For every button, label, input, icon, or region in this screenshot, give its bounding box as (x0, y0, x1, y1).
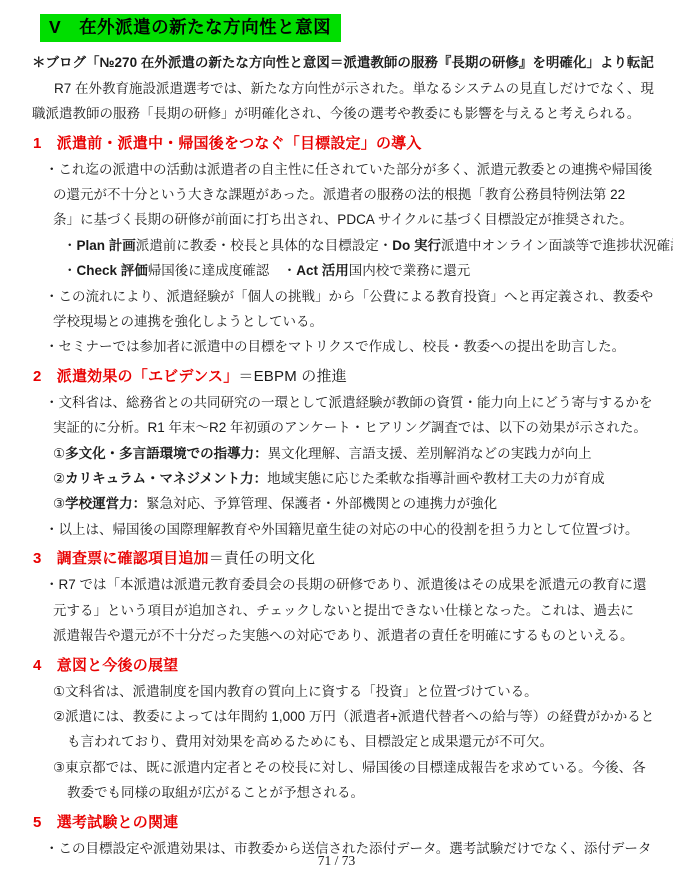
text-run: カリキュラム・マネジメント力： (65, 471, 267, 486)
text-run: ・R7 では「本派遣は派遣元教育委員会の長期の研修であり、派遣後はその成果を派遣… (45, 577, 647, 592)
numbered-item-line: ②派遣には、教委によっては年間約 1,000 万円（派遣者+派遣代替者への給与等… (0, 704, 673, 729)
text-run: ② (53, 471, 65, 486)
numbered-item-line: ③東京都では、既に派遣内定者とその校長に対し、帰国後の目標達成報告を求めている。… (0, 755, 673, 780)
bullet-line: ・以上は、帰国後の国際理解教育や外国籍児童生徒の対応の中心的役割を担う力として位… (0, 517, 673, 542)
text-run: ・ (63, 263, 77, 278)
text-run: 派遣中オンライン面談等で進捗状況確認 (441, 238, 673, 253)
text-run: ・以上は、帰国後の国際理解教育や外国籍児童生徒の対応の中心的役割を担う力として位… (45, 522, 638, 537)
text-run: 5 選考試験との関連 (33, 814, 178, 831)
text-run: 学校運営力： (65, 496, 146, 511)
sub-bullet-line: ・Check 評価帰国後に達成度確認 ・Act 活用国内校で業務に還元 (0, 258, 673, 283)
text-run: も言われており、費用対効果を高めるためにも、目標設定と成果還元が不可欠。 (67, 734, 553, 749)
text-run: Check 評価 (77, 263, 148, 278)
text-run: ＊ブログ「№270 在外派遣の新たな方向性と意図＝派遣教師の服務『長期の研修』を… (32, 55, 654, 70)
text-run: 実証的に分析。R1 年末～R2 年初頭のアンケート・ヒアリング調査では、以下の効… (53, 420, 647, 435)
text-run: ・これ迄の派遣中の活動は派遣者の自主性に任されていた部分が多く、派遣元教委との連… (45, 162, 652, 177)
page-title: V 在外派遣の新たな方向性と意図 (40, 14, 341, 42)
text-run: ・セミナーでは参加者に派遣中の目標をマトリクスで作成し、校長・教委への提出を助言… (45, 339, 625, 354)
text-run: 3 調査票に確認項目追加 (33, 550, 209, 567)
text-run: ②派遣には、教委によっては年間約 1,000 万円（派遣者+派遣代替者への給与等… (53, 709, 654, 724)
text-run: 条」に基づく長期の研修が前面に打ち出され、PDCA サイクルに基づく目標設定が推… (53, 212, 633, 227)
text-run: 国内校で業務に還元 (349, 263, 471, 278)
text-run: 帰国後に達成度確認 ・ (148, 263, 297, 278)
text-run: ③ (53, 496, 65, 511)
text-run: ＝EBPM の推進 (238, 368, 346, 385)
text-run: 学校現場との連携を強化しようとしている。 (53, 314, 323, 329)
text-run: 元する」という項目が追加され、チェックしないと提出できない仕様となった。これは、… (53, 603, 634, 618)
blog-source-line: ＊ブログ「№270 在外派遣の新たな方向性と意図＝派遣教師の服務『長期の研修』を… (0, 50, 673, 75)
text-run: ・ (63, 238, 77, 253)
text-run: Plan 計画 (77, 238, 136, 253)
text-run: 緊急対応、予算管理、保護者・外部機関との連携力が強化 (146, 496, 497, 511)
text-run: Do 実行 (392, 238, 441, 253)
text-run: 2 派遣効果の「エビデンス」 (33, 368, 238, 385)
text-run: ＝責任の明文化 (209, 550, 315, 567)
numbered-item-line: ①文科省は、派遣制度を国内教育の質向上に資する「投資」と位置づけている。 (0, 679, 673, 704)
text-run: Act 活用 (296, 263, 349, 278)
numbered-item-line: ③学校運営力：緊急対応、予算管理、保護者・外部機関との連携力が強化 (0, 491, 673, 516)
text-run: ① (53, 446, 65, 461)
text-run: 教委でも同様の取組が広がることが予想される。 (67, 785, 364, 800)
document-page: V 在外派遣の新たな方向性と意図 ＊ブログ「№270 在外派遣の新たな方向性と意… (0, 0, 673, 882)
intro-paragraph-line: R7 在外教育施設派遣選考では、新たな方向性が示された。単なるシステムの見直しだ… (0, 76, 673, 101)
sub-bullet-line: ・Plan 計画派遣前に教委・校長と具体的な目標設定・Do 実行派遣中オンライン… (0, 233, 673, 258)
section-heading-4: 4 意図と今後の展望 (0, 653, 673, 679)
section-heading-3: 3 調査票に確認項目追加＝責任の明文化 (0, 546, 673, 572)
bullet-line: ・R7 では「本派遣は派遣元教育委員会の長期の研修であり、派遣後はその成果を派遣… (0, 572, 673, 597)
bullet-line: 元する」という項目が追加され、チェックしないと提出できない仕様となった。これは、… (0, 598, 673, 623)
bullet-line: ・文科省は、総務省との共同研究の一環として派遣経験が教師の資質・能力向上にどう寄… (0, 390, 673, 415)
text-run: 多文化・多言語環境での指導力： (65, 446, 268, 461)
text-run: R7 在外教育施設派遣選考では、新たな方向性が示された。単なるシステムの見直しだ… (54, 81, 654, 96)
document-content: ＊ブログ「№270 在外派遣の新たな方向性と意図＝派遣教師の服務『長期の研修』を… (0, 50, 673, 861)
text-run: ③東京都では、既に派遣内定者とその校長に対し、帰国後の目標達成報告を求めている。… (53, 760, 646, 775)
text-run: 職派遣教師の服務「長期の研修」が明確化され、今後の選考や教委にも影響を与えると考… (32, 106, 640, 121)
text-run: の還元が不十分という大きな課題があった。派遣者の服務の法的根拠「教育公務員特例法… (53, 187, 625, 202)
numbered-item-line: も言われており、費用対効果を高めるためにも、目標設定と成果還元が不可欠。 (0, 729, 673, 754)
text-run: ・文科省は、総務省との共同研究の一環として派遣経験が教師の資質・能力向上にどう寄… (45, 395, 653, 410)
text-run: 1 派遣前・派遣中・帰国後をつなぐ「目標設定」の導入 (33, 135, 422, 152)
bullet-line: 実証的に分析。R1 年末～R2 年初頭のアンケート・ヒアリング調査では、以下の効… (0, 415, 673, 440)
text-run: ・この流れにより、派遣経験が「個人の挑戦」から「公費による教育投資」へと再定義さ… (45, 289, 653, 304)
bullet-line: の還元が不十分という大きな課題があった。派遣者の服務の法的根拠「教育公務員特例法… (0, 182, 673, 207)
bullet-line: 派遣報告や還元が不十分だった実態への対応であり、派遣者の責任を明確にするものとい… (0, 623, 673, 648)
text-run: ①文科省は、派遣制度を国内教育の質向上に資する「投資」と位置づけている。 (53, 684, 538, 699)
text-run: 異文化理解、言語支援、差別解消などの実践力が向上 (268, 446, 592, 461)
numbered-item-line: 教委でも同様の取組が広がることが予想される。 (0, 780, 673, 805)
bullet-line: 条」に基づく長期の研修が前面に打ち出され、PDCA サイクルに基づく目標設定が推… (0, 207, 673, 232)
numbered-item-line: ①多文化・多言語環境での指導力：異文化理解、言語支援、差別解消などの実践力が向上 (0, 441, 673, 466)
text-run: 4 意図と今後の展望 (33, 657, 178, 674)
page-number: 71 / 73 (0, 853, 673, 869)
bullet-line: ・これ迄の派遣中の活動は派遣者の自主性に任されていた部分が多く、派遣元教委との連… (0, 157, 673, 182)
text-run: 派遣前に教委・校長と具体的な目標設定・ (136, 238, 393, 253)
text-run: 地域実態に応じた柔軟な指導計画や教材工夫の力が育成 (267, 471, 605, 486)
numbered-item-line: ②カリキュラム・マネジメント力：地域実態に応じた柔軟な指導計画や教材工夫の力が育… (0, 466, 673, 491)
text-run: 派遣報告や還元が不十分だった実態への対応であり、派遣者の責任を明確にするものとい… (53, 628, 634, 643)
section-heading-1: 1 派遣前・派遣中・帰国後をつなぐ「目標設定」の導入 (0, 131, 673, 157)
intro-paragraph-line: 職派遣教師の服務「長期の研修」が明確化され、今後の選考や教委にも影響を与えると考… (0, 101, 673, 126)
section-heading-5: 5 選考試験との関連 (0, 810, 673, 836)
bullet-line: ・この流れにより、派遣経験が「個人の挑戦」から「公費による教育投資」へと再定義さ… (0, 284, 673, 309)
section-heading-2: 2 派遣効果の「エビデンス」＝EBPM の推進 (0, 364, 673, 390)
bullet-line: ・セミナーでは参加者に派遣中の目標をマトリクスで作成し、校長・教委への提出を助言… (0, 334, 673, 359)
bullet-line: 学校現場との連携を強化しようとしている。 (0, 309, 673, 334)
